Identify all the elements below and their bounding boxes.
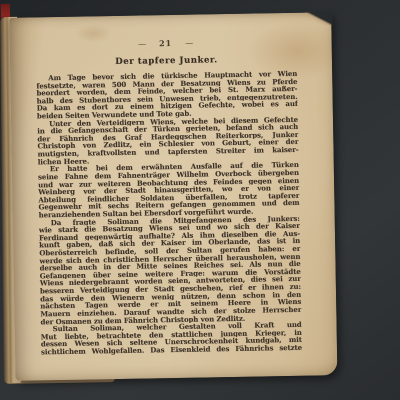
book-page: — 21 — Der tapfere Junker. Am Tage bevor… <box>9 12 337 381</box>
text-lines: Am Tage bevor sich die türkische Hauptma… <box>36 70 302 356</box>
page-number-dash-right: — <box>185 38 193 47</box>
chapter-title: Der tapfere Junker. <box>36 54 297 69</box>
page-number-dash-left: — <box>138 39 146 48</box>
photo-backdrop: — 21 — Der tapfere Junker. Am Tage bevor… <box>0 0 400 400</box>
page-number: — 21 — <box>30 36 302 51</box>
page-number-value: 21 <box>159 38 172 48</box>
page-corner-fold <box>306 11 332 25</box>
